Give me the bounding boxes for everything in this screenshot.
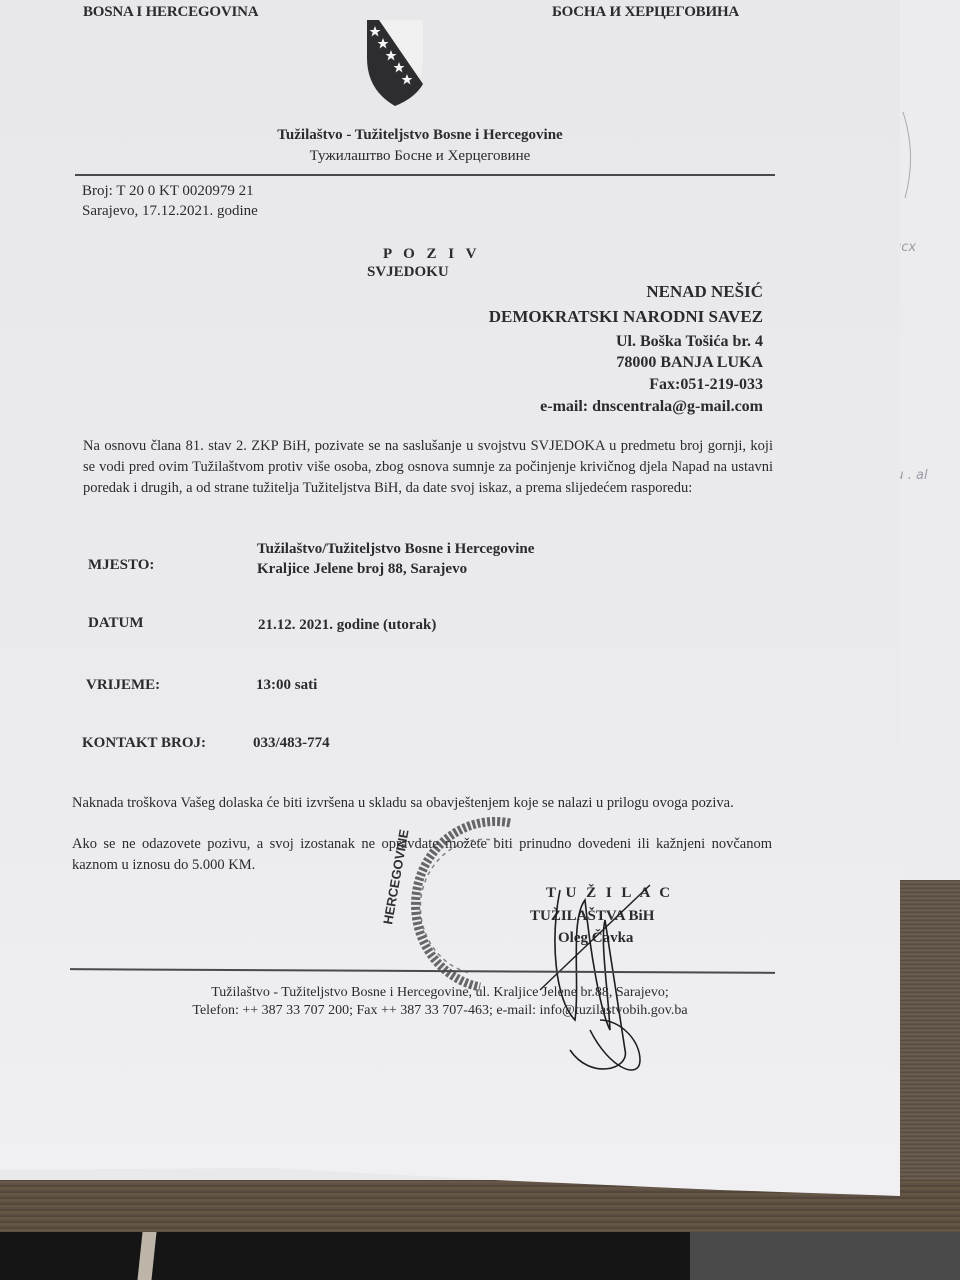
- bih-coat-of-arms-icon: [365, 18, 425, 108]
- country-name-latin: BOSNA I HERCEGOVINA: [83, 4, 258, 21]
- handwritten-signature: [530, 880, 670, 1080]
- place-value-line1: Tužilaštvo/Tužiteljstvo Bosne i Hercegov…: [257, 541, 534, 558]
- time-value: 13:00 sati: [256, 677, 317, 694]
- case-number: Broj: T 20 0 KT 0020979 21: [82, 183, 254, 200]
- recipient-city: 78000 BANJA LUKA: [616, 354, 763, 372]
- place-value-line2: Kraljice Jelene broj 88, Sarajevo: [257, 561, 467, 578]
- summons-body-text: Na osnovu člana 81. stav 2. ZKP BiH, poz…: [83, 436, 773, 499]
- place-label: MJESTO:: [88, 557, 154, 574]
- document-title: P O Z I V: [383, 246, 480, 263]
- recipient-street: Ul. Boška Tošića br. 4: [616, 333, 763, 351]
- contact-label: KONTAKT BROJ:: [82, 735, 206, 752]
- institution-name-cyrillic: Тужилаштво Босне и Херцеговине: [0, 148, 900, 165]
- footer-contacts: Telefon: ++ 387 33 707 200; Fax ++ 387 3…: [0, 1003, 880, 1019]
- svg-text:HERCEGOVINE: HERCEGOVINE: [380, 828, 412, 926]
- desk-edge: [0, 1232, 960, 1280]
- recipient-organization: DEMOKRATSKI NARODNI SAVEZ: [489, 307, 763, 327]
- date-label: DATUM: [88, 615, 144, 632]
- desk-surface: [897, 880, 960, 1200]
- place-and-date: Sarajevo, 17.12.2021. godine: [82, 203, 258, 220]
- footer-address: Tužilaštvo - Tužiteljstvo Bosne i Herceg…: [0, 985, 880, 1001]
- summons-document: BOSNA I HERCEGOVINA БОСНА И ХЕРЦЕГОВИНА …: [0, 0, 900, 1200]
- time-label: VRIJEME:: [86, 677, 160, 694]
- document-subtitle: SVJEDOKU: [367, 264, 449, 281]
- recipient-fax: Fax:051-219-033: [649, 376, 763, 394]
- institution-name-latin: Tužilaštvo - Tužiteljstvo Bosne i Herceg…: [0, 127, 900, 144]
- country-name-cyrillic: БОСНА И ХЕРЦЕГОВИНА: [552, 4, 739, 21]
- header-divider: [75, 174, 775, 176]
- official-stamp-icon: HERCEGOVINE: [370, 815, 520, 995]
- pencil-arc-mark: [901, 110, 921, 200]
- date-value: 21.12. 2021. godine (utorak): [258, 617, 436, 634]
- contact-value: 033/483-774: [253, 735, 330, 752]
- compensation-notice: Naknada troškova Vašeg dolaska će biti i…: [72, 793, 772, 814]
- recipient-name: NENAD NEŠIĆ: [646, 282, 763, 302]
- recipient-email: e-mail: dnscentrala@g-mail.com: [540, 398, 763, 416]
